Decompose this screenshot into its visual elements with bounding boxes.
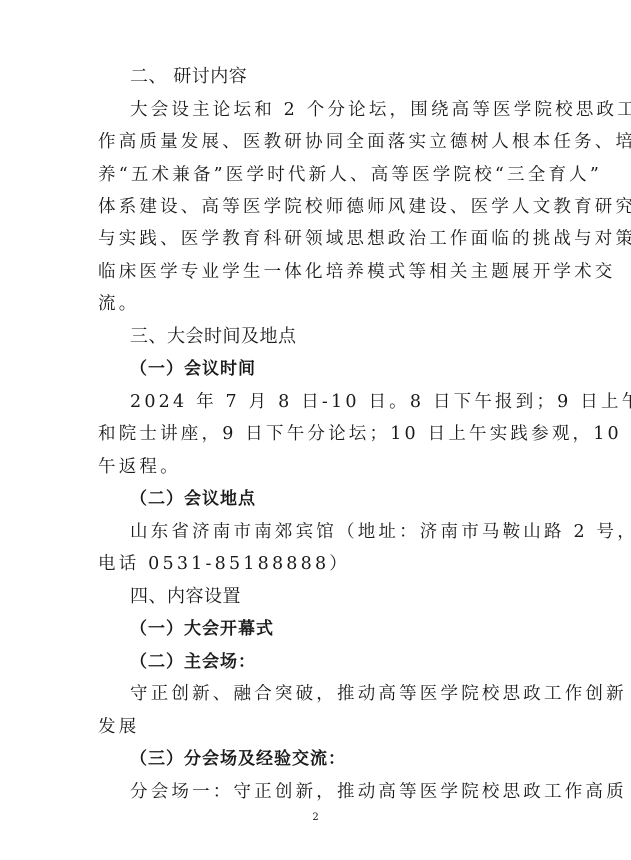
paragraph-line: 电话 0531-85188888） (98, 553, 538, 575)
page-number: 2 (0, 812, 631, 823)
section-heading: 四、内容设置 (130, 586, 570, 608)
paragraph-line: 作高质量发展、医教研协同全面落实立德树人根本任务、培 (98, 131, 538, 153)
paragraph-line: 守正创新、融合突破，推动高等医学院校思政工作创新 (130, 683, 570, 705)
paragraph-line: 山东省济南市南郊宾馆（地址：济南市马鞍山路 2 号， (130, 521, 570, 543)
section-heading: （三）分会场及经验交流： (130, 748, 570, 770)
paragraph-line: 临床医学专业学生一体化培养模式等相关主题展开学术交 (98, 261, 538, 283)
paragraph-line: 大会设主论坛和 2 个分论坛，围绕高等医学院校思政工 (130, 99, 570, 121)
paragraph-line: 分会场一：守正创新，推动高等医学院校思政工作高质 (130, 781, 570, 803)
document-page: 二、 研讨内容大会设主论坛和 2 个分论坛，围绕高等医学院校思政工作高质量发展、… (0, 0, 631, 860)
paragraph-line: 和院士讲座，9 日下午分论坛；10 日上午实践参观，10 日下 (98, 423, 538, 445)
paragraph-line: 流。 (98, 293, 538, 315)
paragraph-line: 养“五术兼备”医学时代新人、高等医学院校“三全育人” (98, 164, 538, 186)
paragraph-line: 体系建设、高等医学院校师德师风建设、医学人文教育研究 (98, 196, 538, 218)
paragraph-line: 与实践、医学教育科研领域思想政治工作面临的挑战与对策、 (98, 228, 538, 250)
paragraph-line: 发展 (98, 716, 538, 738)
section-heading: （一）会议时间 (130, 358, 570, 380)
section-heading: （二）主会场： (130, 651, 570, 673)
section-heading: 三、大会时间及地点 (130, 326, 570, 348)
paragraph-line: 2024 年 7 月 8 日-10 日。8 日下午报到；9 日上午开幕式 (130, 391, 570, 413)
section-heading: （一）大会开幕式 (130, 618, 570, 640)
section-heading: （二）会议地点 (130, 488, 570, 510)
paragraph-line: 午返程。 (98, 456, 538, 478)
section-heading: 二、 研讨内容 (130, 66, 570, 88)
